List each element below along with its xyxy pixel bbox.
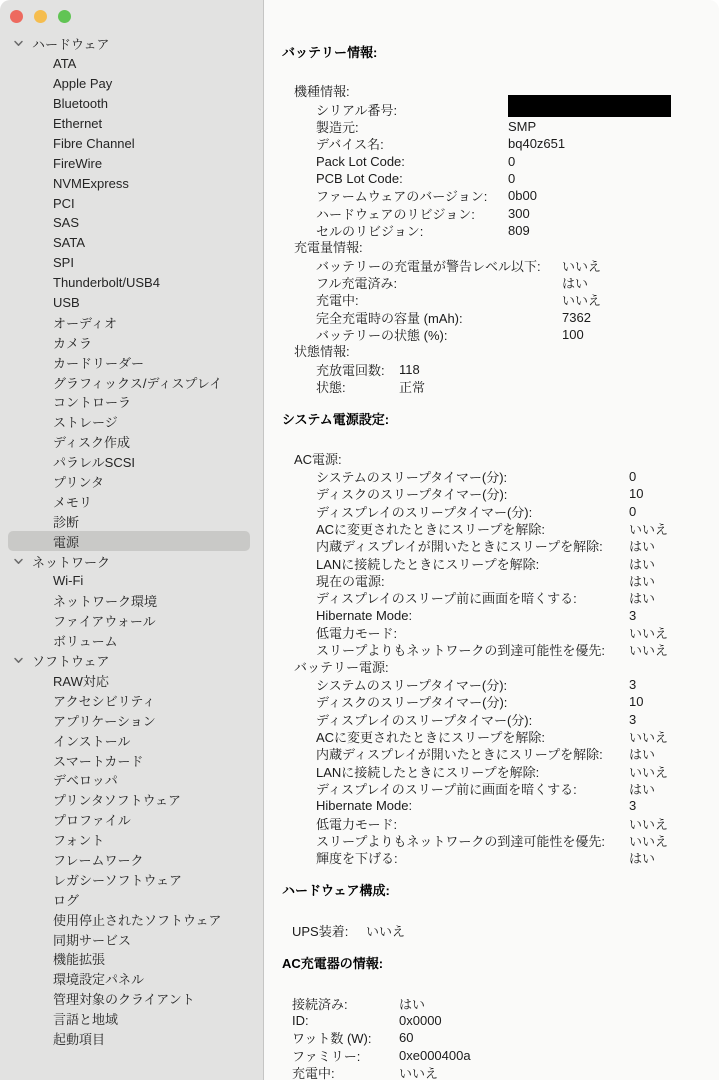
sidebar-item[interactable]: USB — [0, 293, 263, 313]
sidebar-item-label: 機能拡張 — [53, 949, 105, 968]
sidebar-item-label: ファイアウォール — [53, 611, 156, 630]
field-label: LANに接続したときにスリープを解除: — [316, 554, 629, 573]
field-label: 低電力モード: — [316, 814, 629, 833]
sidebar-item[interactable]: Thunderbolt/USB4 — [0, 273, 263, 293]
field-label: システムのスリープタイマー(分): — [316, 675, 629, 694]
field-value: 7362 — [562, 310, 591, 325]
info-row: スリープよりもネットワークの到達可能性を優先: いいえ — [282, 832, 719, 849]
sidebar-item-label: カメラ — [53, 333, 92, 352]
sidebar-item-label: PCI — [53, 196, 75, 211]
chevron-down-icon — [13, 38, 24, 49]
sidebar-item-label: ネットワーク環境 — [53, 591, 157, 610]
field-value: SMP — [508, 119, 536, 134]
field-label: Pack Lot Code: — [316, 154, 508, 169]
sidebar-item[interactable]: Fibre Channel — [0, 133, 263, 153]
sidebar-item-label: アプリケーション — [53, 711, 156, 730]
field-value: はい — [629, 848, 655, 867]
field-label: フル充電済み: — [316, 273, 562, 292]
sidebar-item-label: SPI — [53, 255, 74, 270]
sidebar-item-label: 起動項目 — [53, 1029, 105, 1048]
sidebar-item-label: 管理対象のクライアント — [53, 989, 195, 1008]
field-value: はい — [399, 994, 425, 1013]
field-label: スリープよりもネットワークの到達可能性を優先: — [316, 640, 629, 659]
sidebar-item-label: ボリューム — [53, 631, 118, 650]
info-row: システムのスリープタイマー(分): 3 — [282, 676, 719, 693]
sidebar-item[interactable]: ディスク作成 — [0, 432, 263, 452]
field-value: いいえ — [629, 831, 668, 850]
sidebar-item[interactable]: アプリケーション — [0, 710, 263, 730]
sidebar-item[interactable]: スマートカード — [0, 750, 263, 770]
field-label: ディスプレイのスリープタイマー(分): — [316, 710, 629, 729]
group-label: AC電源: — [282, 451, 719, 468]
sidebar-item[interactable]: ストレージ — [0, 412, 263, 432]
sidebar-list: ハードウェア ATA Apple Pay Bluetooth Ethernet … — [0, 34, 263, 1048]
field-label: ワット数 (W): — [292, 1028, 399, 1047]
group-label: バッテリー電源: — [282, 659, 719, 676]
sidebar-item[interactable]: グラフィックス/ディスプレイ — [0, 372, 263, 392]
sidebar-item-label: 環境設定パネル — [53, 969, 144, 988]
field-label: セルのリビジョン: — [316, 221, 508, 240]
sidebar-section-label: ネットワーク — [32, 552, 110, 571]
info-row: ACに変更されたときにスリープを解除: いいえ — [282, 520, 719, 537]
sidebar-item-label: 使用停止されたソフトウェア — [53, 910, 221, 929]
info-row: ディスクのスリープタイマー(分): 10 — [282, 693, 719, 710]
system-information-window: ハードウェア ATA Apple Pay Bluetooth Ethernet … — [0, 0, 719, 1080]
sidebar-item-label: ログ — [53, 890, 79, 909]
sidebar-item[interactable]: フォント — [0, 830, 263, 850]
field-label: ディスプレイのスリープ前に画面を暗くする: — [316, 588, 629, 607]
sidebar-item[interactable]: 診断 — [0, 511, 263, 531]
sidebar-item[interactable]: 起動項目 — [0, 1029, 263, 1049]
info-row: ハードウェアのリビジョン: 300 — [282, 205, 719, 222]
sidebar-item-label: デベロッパ — [53, 770, 118, 789]
group-label: 充電量情報: — [282, 239, 719, 256]
sidebar-item-label: フレームワーク — [53, 850, 143, 869]
sidebar-item[interactable]: SAS — [0, 213, 263, 233]
info-row: Pack Lot Code: 0 — [282, 153, 719, 170]
field-label: ACに変更されたときにスリープを解除: — [316, 519, 629, 538]
info-row: LANに接続したときにスリープを解除: はい — [282, 555, 719, 572]
sidebar-item[interactable]: SATA — [0, 233, 263, 253]
field-value: いいえ — [629, 727, 668, 746]
sidebar-item[interactable]: Bluetooth — [0, 94, 263, 114]
field-label: ハードウェアのリビジョン: — [316, 204, 508, 223]
field-value: 0 — [508, 171, 515, 186]
field-value: 正常 — [399, 377, 425, 396]
sidebar-item-label: 電源 — [53, 532, 79, 551]
field-label: ディスクのスリープタイマー(分): — [316, 692, 629, 711]
field-value: いいえ — [629, 814, 668, 833]
sidebar-item-label: Ethernet — [53, 116, 102, 131]
section-title: AC充電器の情報: — [282, 955, 719, 972]
field-label: ACに変更されたときにスリープを解除: — [316, 727, 629, 746]
sidebar-item[interactable]: アクセシビリティ — [0, 690, 263, 710]
info-row: バッテリーの充電量が警告レベル以下: いいえ — [282, 257, 719, 274]
info-row: 低電力モード: いいえ — [282, 814, 719, 831]
sidebar-item-label: 言語と地域 — [53, 1009, 118, 1028]
sidebar-item-label: プロファイル — [53, 810, 131, 829]
sidebar-item-label: NVMExpress — [53, 176, 129, 191]
info-row: シリアル番号: — [282, 101, 719, 118]
field-value: 300 — [508, 206, 530, 221]
section-title: ハードウェア構成: — [282, 882, 719, 899]
info-row: ファミリー: 0xe000400a — [282, 1046, 719, 1063]
info-row: 接続済み: はい — [282, 994, 719, 1011]
info-row: 充電中: いいえ — [282, 291, 719, 308]
sidebar-item-label: スマートカード — [53, 751, 143, 770]
sidebar-item[interactable]: Ethernet — [0, 114, 263, 134]
sidebar-item[interactable]: ログ — [0, 889, 263, 909]
field-value: 0xe000400a — [399, 1048, 471, 1063]
sidebar-item[interactable]: カードリーダー — [0, 352, 263, 372]
zoom-button[interactable] — [58, 10, 71, 23]
field-label: Hibernate Mode: — [316, 798, 629, 813]
sidebar-item[interactable]: RAW対応 — [0, 671, 263, 691]
sidebar-item-label: コントローラ — [53, 392, 131, 411]
sidebar-item[interactable]: ネットワーク環境 — [0, 591, 263, 611]
sidebar-item[interactable]: デベロッパ — [0, 770, 263, 790]
info-row: システムのスリープタイマー(分): 0 — [282, 468, 719, 485]
field-value: 100 — [562, 327, 584, 342]
field-value: 3 — [629, 712, 636, 727]
field-label: ID: — [292, 1013, 399, 1028]
field-label: 低電力モード: — [316, 623, 629, 642]
group-label: 状態情報: — [282, 343, 719, 360]
field-value: 0 — [508, 154, 515, 169]
field-value: はい — [629, 536, 655, 555]
info-row: 内蔵ディスプレイが開いたときにスリープを解除: はい — [282, 745, 719, 762]
info-row: ワット数 (W): 60 — [282, 1029, 719, 1046]
info-row: ディスプレイのスリープタイマー(分): 3 — [282, 710, 719, 727]
sidebar-item[interactable]: 言語と地域 — [0, 1009, 263, 1029]
sidebar-item[interactable]: ファイアウォール — [0, 611, 263, 631]
field-value: 0b00 — [508, 188, 537, 203]
sidebar-item[interactable]: NVMExpress — [0, 173, 263, 193]
sidebar-item-label: Apple Pay — [53, 76, 112, 91]
field-label: Hibernate Mode: — [316, 608, 629, 623]
redacted-serial-number — [508, 95, 671, 117]
sidebar: ハードウェア ATA Apple Pay Bluetooth Ethernet … — [0, 0, 264, 1080]
field-label: ファームウェアのバージョン: — [316, 186, 508, 205]
info-row: 現在の電源: はい — [282, 572, 719, 589]
info-row: ディスクのスリープタイマー(分): 10 — [282, 485, 719, 502]
field-value: 0x0000 — [399, 1013, 442, 1028]
info-row: Hibernate Mode: 3 — [282, 797, 719, 814]
field-value: はい — [562, 273, 588, 292]
sidebar-item-label: USB — [53, 295, 80, 310]
sidebar-item[interactable]: 環境設定パネル — [0, 969, 263, 989]
field-label: 輝度を下げる: — [316, 848, 629, 867]
field-value: はい — [629, 571, 655, 590]
field-value: 3 — [629, 677, 636, 692]
field-value: いいえ — [366, 921, 405, 940]
field-value: はい — [629, 744, 655, 763]
section-title: バッテリー情報: — [282, 44, 719, 61]
field-value: 3 — [629, 608, 636, 623]
sidebar-item[interactable]: プロファイル — [0, 810, 263, 830]
field-value: 0 — [629, 469, 636, 484]
info-row: ファームウェアのバージョン: 0b00 — [282, 187, 719, 204]
field-value: いいえ — [399, 1063, 438, 1080]
info-row: 製造元: SMP — [282, 118, 719, 135]
sidebar-item[interactable]: パラレルSCSI — [0, 452, 263, 472]
sidebar-item-label: オーディオ — [53, 313, 117, 332]
info-row: ディスプレイのスリープ前に画面を暗くする: はい — [282, 780, 719, 797]
field-label: 内蔵ディスプレイが開いたときにスリープを解除: — [316, 536, 629, 555]
sidebar-item-label: 同期サービス — [53, 930, 131, 949]
sidebar-item-label: Thunderbolt/USB4 — [53, 275, 160, 290]
info-row: PCB Lot Code: 0 — [282, 170, 719, 187]
field-label: シリアル番号: — [316, 100, 508, 119]
sidebar-item-label: Fibre Channel — [53, 136, 135, 151]
field-label: バッテリーの充電量が警告レベル以下: — [316, 256, 562, 275]
field-value: はい — [629, 588, 655, 607]
sidebar-item[interactable]: オーディオ — [0, 312, 263, 332]
info-row: ACに変更されたときにスリープを解除: いいえ — [282, 728, 719, 745]
sidebar-item[interactable]: PCI — [0, 193, 263, 213]
sidebar-item-label: プリンタソフトウェア — [53, 790, 181, 809]
field-label: ファミリー: — [292, 1046, 399, 1065]
info-row: 完全充電時の容量 (mAh): 7362 — [282, 309, 719, 326]
info-row: 内蔵ディスプレイが開いたときにスリープを解除: はい — [282, 537, 719, 554]
sidebar-item-label: RAW対応 — [53, 671, 109, 690]
sidebar-section-label: ソフトウェア — [32, 651, 109, 670]
info-row: LANに接続したときにスリープを解除: いいえ — [282, 762, 719, 779]
sidebar-item-label: FireWire — [53, 156, 102, 171]
field-value: はい — [629, 779, 655, 798]
sidebar-item-label: メモリ — [53, 492, 92, 511]
sidebar-item[interactable]: Apple Pay — [0, 74, 263, 94]
field-label: 製造元: — [316, 117, 508, 136]
sidebar-section-header[interactable]: ネットワーク — [0, 551, 263, 571]
field-label: LANに接続したときにスリープを解除: — [316, 762, 629, 781]
info-row: デバイス名: bq40z651 — [282, 135, 719, 152]
info-row: 低電力モード: いいえ — [282, 624, 719, 641]
field-label: スリープよりもネットワークの到達可能性を優先: — [316, 831, 629, 850]
sidebar-item[interactable]: コントローラ — [0, 392, 263, 412]
content-pane: バッテリー情報:機種情報: シリアル番号: 製造元: SMP デバイス名: bq… — [264, 0, 719, 1080]
sidebar-section-label: ハードウェア — [32, 34, 109, 53]
info-row: 状態: 正常 — [282, 378, 719, 395]
sidebar-item-label: アクセシビリティ — [53, 691, 155, 710]
sidebar-item-label: ディスク作成 — [53, 432, 130, 451]
info-row: Hibernate Mode: 3 — [282, 607, 719, 624]
field-value: いいえ — [629, 762, 668, 781]
section-title: システム電源設定: — [282, 411, 719, 428]
chevron-down-icon — [13, 655, 24, 666]
info-row: 輝度を下げる: はい — [282, 849, 719, 866]
sidebar-item-label: ストレージ — [53, 412, 118, 431]
field-label: 充放電回数: — [316, 360, 399, 379]
sidebar-item[interactable]: ATA — [0, 54, 263, 74]
sidebar-item-label: レガシーソフトウェア — [53, 870, 182, 889]
field-value: いいえ — [562, 290, 601, 309]
info-row: バッテリーの状態 (%): 100 — [282, 326, 719, 343]
field-label: 現在の電源: — [316, 571, 629, 590]
sidebar-item[interactable]: 電源 — [8, 531, 250, 551]
field-label: ディスプレイのスリープタイマー(分): — [316, 502, 629, 521]
field-value: いいえ — [562, 256, 601, 275]
sidebar-item-label: Wi-Fi — [53, 573, 83, 588]
field-label: PCB Lot Code: — [316, 171, 508, 186]
field-label: 内蔵ディスプレイが開いたときにスリープを解除: — [316, 744, 629, 763]
info-row: 充放電回数: 118 — [282, 361, 719, 378]
field-value: いいえ — [629, 640, 668, 659]
field-label: 完全充電時の容量 (mAh): — [316, 308, 562, 327]
info-row: UPS装着: いいえ — [282, 922, 719, 939]
sidebar-item[interactable]: 機能拡張 — [0, 949, 263, 969]
sidebar-item-label: SATA — [53, 235, 85, 250]
field-label: デバイス名: — [316, 134, 508, 153]
sidebar-item-label: SAS — [53, 215, 79, 230]
sidebar-item[interactable]: インストール — [0, 730, 263, 750]
sidebar-item[interactable]: 同期サービス — [0, 929, 263, 949]
field-value: 118 — [399, 362, 420, 377]
sidebar-item[interactable]: プリンタソフトウェア — [0, 790, 263, 810]
sidebar-item[interactable]: FireWire — [0, 153, 263, 173]
info-row: スリープよりもネットワークの到達可能性を優先: いいえ — [282, 641, 719, 658]
field-value: 10 — [629, 694, 643, 709]
field-value: はい — [629, 554, 655, 573]
chevron-down-icon — [13, 556, 24, 567]
field-value: 3 — [629, 798, 636, 813]
info-row: ディスプレイのスリープタイマー(分): 0 — [282, 503, 719, 520]
sidebar-item[interactable]: 使用停止されたソフトウェア — [0, 909, 263, 929]
sidebar-item-label: 診断 — [53, 512, 79, 531]
sidebar-item[interactable]: カメラ — [0, 332, 263, 352]
close-button[interactable] — [10, 10, 23, 23]
field-label: 状態: — [316, 377, 399, 396]
sidebar-item[interactable]: メモリ — [0, 491, 263, 511]
minimize-button[interactable] — [34, 10, 47, 23]
sidebar-item[interactable]: Wi-Fi — [0, 571, 263, 591]
info-row: フル充電済み: はい — [282, 274, 719, 291]
sidebar-item-label: プリンタ — [53, 472, 104, 491]
window-controls — [0, 0, 263, 23]
sidebar-item-label: Bluetooth — [53, 96, 108, 111]
sidebar-section-header[interactable]: ソフトウェア — [0, 651, 263, 671]
sidebar-item-label: パラレルSCSI — [53, 452, 135, 471]
field-label: ディスクのスリープタイマー(分): — [316, 484, 629, 503]
field-value: 0 — [629, 504, 636, 519]
sidebar-item[interactable]: プリンタ — [0, 472, 263, 492]
sidebar-item-label: グラフィックス/ディスプレイ — [53, 373, 222, 392]
sidebar-item-label: カードリーダー — [53, 353, 144, 372]
field-value: bq40z651 — [508, 136, 565, 151]
field-label: 充電中: — [316, 290, 562, 309]
field-label: UPS装着: — [292, 921, 366, 940]
sidebar-item-label: インストール — [53, 731, 130, 750]
sidebar-item[interactable]: フレームワーク — [0, 850, 263, 870]
info-row: 充電中: いいえ — [282, 1064, 719, 1080]
field-label: ディスプレイのスリープ前に画面を暗くする: — [316, 779, 629, 798]
info-row: ディスプレイのスリープ前に画面を暗くする: はい — [282, 589, 719, 606]
field-value: 10 — [629, 486, 643, 501]
field-value: いいえ — [629, 519, 668, 538]
info-row: ID: 0x0000 — [282, 1012, 719, 1029]
sidebar-item[interactable]: SPI — [0, 253, 263, 273]
sidebar-item-label: ATA — [53, 56, 76, 71]
field-label: システムのスリープタイマー(分): — [316, 467, 629, 486]
sidebar-section-header[interactable]: ハードウェア — [0, 34, 263, 54]
field-label: 接続済み: — [292, 994, 399, 1013]
field-label: 充電中: — [292, 1063, 399, 1080]
sidebar-item-label: フォント — [53, 830, 104, 849]
info-row: セルのリビジョン: 809 — [282, 222, 719, 239]
sidebar-item[interactable]: 管理対象のクライアント — [0, 989, 263, 1009]
field-label: バッテリーの状態 (%): — [316, 325, 562, 344]
sidebar-item[interactable]: ボリューム — [0, 631, 263, 651]
field-value: 60 — [399, 1030, 413, 1045]
field-value: 809 — [508, 223, 530, 238]
field-value: いいえ — [629, 623, 668, 642]
sidebar-item[interactable]: レガシーソフトウェア — [0, 869, 263, 889]
titlebar[interactable] — [0, 0, 263, 34]
